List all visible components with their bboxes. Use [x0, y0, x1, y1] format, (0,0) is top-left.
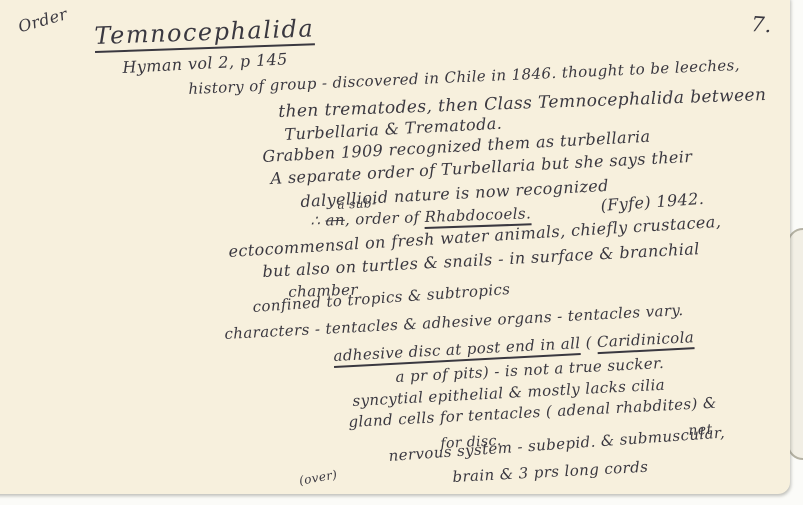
- page-number: 7.: [750, 12, 772, 37]
- rhabdocoels-prefix: , order of: [345, 208, 425, 229]
- index-card: Order Temnocephalida 7. Hyman vol 2, p 1…: [0, 0, 790, 494]
- card-title: Temnocephalida: [94, 14, 315, 53]
- struck-word: an: [325, 211, 345, 230]
- genus-name: Caridinicola: [597, 328, 695, 354]
- therefore-mark: ∴: [310, 212, 321, 230]
- reference-line: Hyman vol 2, p 145: [122, 49, 288, 77]
- adhesive-paren: (: [580, 333, 598, 352]
- over-note: (over): [298, 467, 338, 487]
- brain-line: brain & 3 prs long cords: [452, 458, 649, 486]
- order-label: Order: [16, 4, 69, 36]
- nervous-line: nervous system - subepid. & submuscular,: [388, 423, 726, 464]
- citation-line: (Fyfe) 1942.: [600, 189, 705, 215]
- scanned-photo: Order Temnocephalida 7. Hyman vol 2, p 1…: [0, 0, 803, 505]
